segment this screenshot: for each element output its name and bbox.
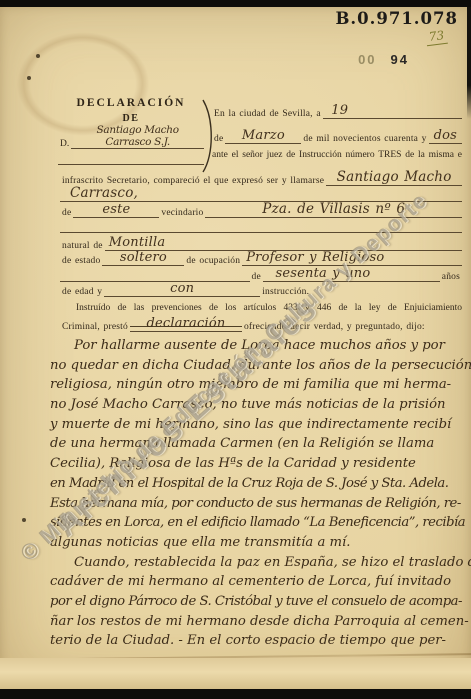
instruction-line: de edad y con instrucción.: [60, 279, 462, 297]
testimony-line: no José Macho Carrasco, no tuve más noti…: [50, 395, 464, 415]
testimony-line: Cuando, restablecida la paz en España, s…: [50, 553, 464, 573]
testimony-line: religiosa, ningún otro miembro de mi fam…: [50, 375, 464, 395]
document-scan: B.0.971.078 73 0094 DECLARACIÓN DE D. Sa…: [0, 0, 471, 699]
handwritten-folio-annotation: 73: [425, 28, 448, 46]
testimony-line: y muerte de mi hermano, sino las que ind…: [50, 415, 464, 435]
city-date-line: En la ciudad de Sevilla, a 19: [212, 101, 462, 119]
testimony-line: Cecilia), Religiosa de las Hªs de la Car…: [50, 454, 464, 474]
paper-hole: [36, 54, 40, 58]
underline-fill: [357, 118, 462, 119]
day-handwritten: 19: [323, 103, 357, 119]
declarant-prefix: D.: [58, 139, 71, 149]
folio-number: 94: [391, 52, 409, 67]
blank-form-line: [60, 215, 462, 233]
testimony-body: Por hallarme ausente de Lorca hace mucho…: [50, 336, 464, 651]
declaration-title-block: DECLARACIÓN DE D. Santiago Macho Carrasc…: [58, 97, 204, 165]
de-label: de: [212, 134, 225, 144]
testimony-line: cadáver de mi hermano al cementerio de L…: [50, 572, 464, 592]
testimony-line: Por hallarme ausente de Lorca hace mucho…: [50, 336, 464, 356]
year-handwritten: dos: [429, 128, 462, 144]
document-title-of: DE: [58, 113, 204, 124]
testimony-line: ñar los restos de mi hermano desde dicha…: [50, 612, 464, 632]
testimony-line: por el digno Párroco de S. Cristóbal y t…: [50, 592, 464, 612]
testimony-line: de una hermana llamada Carmen (en la Rel…: [50, 434, 464, 454]
testimony-line: no quedar en dicha Ciudad, durante los a…: [50, 356, 464, 376]
scan-border-bottom: [0, 689, 471, 699]
testimony-line: sidentes en Lorca, en el edificio llamad…: [50, 513, 464, 533]
declarant-name-handwritten: Santiago Macho Carrasco S.J.: [71, 124, 204, 149]
edad-label: de edad y: [60, 287, 104, 297]
month-year-line: de Marzo de mil novecientos cuarenta y d…: [212, 126, 462, 144]
declarant-line: D. Santiago Macho Carrasco S.J.: [58, 133, 204, 149]
archive-reference-stamp: B.0.971.078: [335, 9, 458, 28]
month-handwritten: Marzo: [225, 128, 301, 144]
judge-line: ante el señor juez de Instrucción número…: [212, 150, 462, 160]
city-line-printed: En la ciudad de Sevilla, a: [212, 109, 323, 119]
testimony-line: terio de la Ciudad. - En el corto espaci…: [50, 631, 464, 651]
declaracion-handwritten: declaración: [130, 316, 242, 332]
testimony-line: Esta hermana mía, por conducto de sus he…: [50, 494, 464, 514]
oath-prefix: Criminal, prestó: [60, 322, 130, 332]
document-title: DECLARACIÓN: [58, 97, 204, 109]
scan-border-right: [467, 7, 471, 119]
instruccion-label: instrucción.: [260, 287, 311, 297]
paper-hole: [22, 518, 26, 522]
paper-fold-band: [0, 658, 471, 689]
paper-hole: [27, 76, 31, 80]
year-printed: de mil novecientos cuarenta y: [301, 134, 428, 144]
testimony-line: algunas noticias que ella me transmitía …: [50, 533, 464, 553]
legal-warning-line: Instruído de las prevenciones de los art…: [60, 303, 462, 313]
folio-faint: 00: [358, 52, 376, 67]
testimony-line: en Madrid en el Hospital de la Cruz Roja…: [50, 474, 464, 494]
instruccion-handwritten: con: [104, 281, 260, 297]
folio-number-stamp: 0094: [358, 52, 409, 67]
oath-line: Criminal, prestó declaración ofreciendo …: [60, 314, 462, 332]
blank-underline: [58, 149, 204, 165]
oath-suffix: ofreciendo decir verdad, y preguntado, d…: [242, 322, 427, 332]
scan-border-top: [0, 0, 471, 7]
